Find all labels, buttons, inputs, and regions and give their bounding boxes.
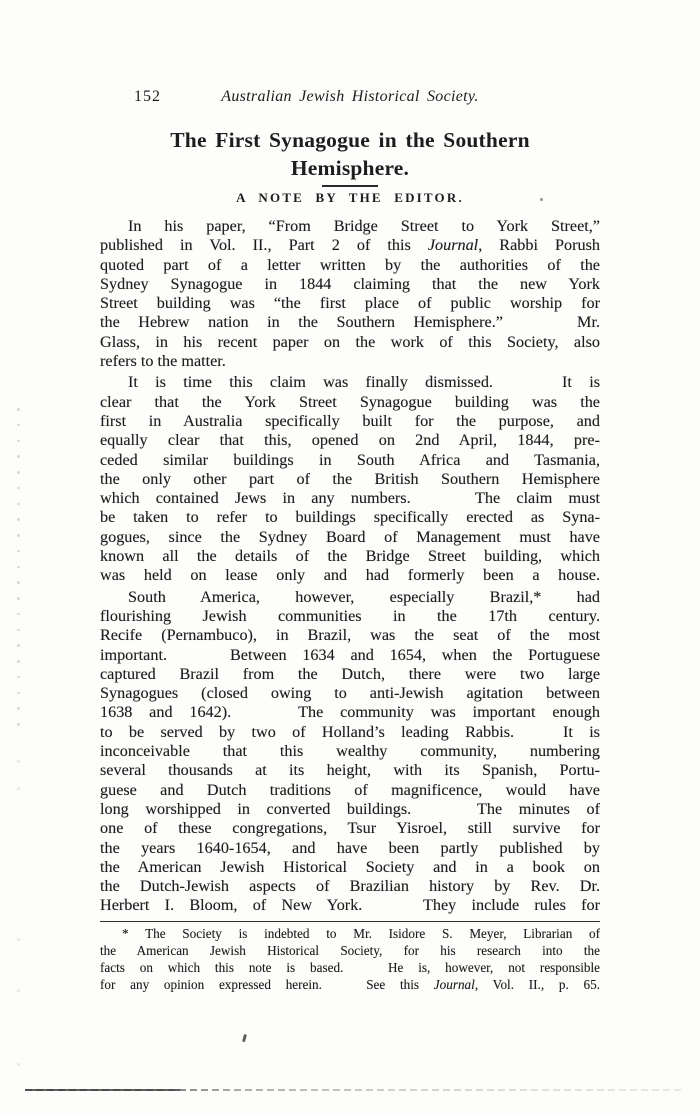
- speckle: [17, 518, 20, 521]
- text-line: which contained Jews in any numbers. The…: [100, 489, 600, 508]
- speckle: [17, 424, 20, 427]
- paragraph: It is time this claim was finally dismis…: [100, 373, 600, 585]
- text-line: It is time this claim was finally dismis…: [100, 373, 600, 392]
- text-line: first in Australia specifically built fo…: [100, 412, 600, 431]
- speckle: [17, 629, 20, 632]
- speckle: [17, 455, 20, 458]
- speckle: [17, 581, 20, 584]
- footnote-divider: [100, 921, 600, 923]
- text-line: 1638 and 1642). The community was import…: [100, 703, 600, 722]
- speckle: [17, 707, 20, 710]
- speckle: [17, 938, 20, 941]
- speckle: [17, 534, 20, 537]
- text-line: important. Between 1634 and 1654, when t…: [100, 646, 600, 665]
- page-number: 152: [134, 88, 161, 106]
- text-line: * The Society is indebted to Mr. Isidore…: [100, 926, 600, 943]
- text-line: South America, however, especially Brazi…: [100, 588, 600, 607]
- speckle: [17, 597, 20, 600]
- text-line: In his paper, “From Bridge Street to Yor…: [100, 217, 600, 236]
- article-title: The First Synagogue in the SouthernHemis…: [100, 126, 600, 182]
- title-line: The First Synagogue in the Southern: [170, 128, 529, 152]
- speckle: [17, 644, 20, 647]
- text-line: known all the details of the Bridge Stre…: [100, 547, 600, 566]
- text-line: one of these congregations, Tsur Yisroel…: [100, 819, 600, 838]
- text-line: Recife (Pernambuco), in Brazil, was the …: [100, 626, 600, 645]
- speckle: [17, 613, 20, 616]
- footnote: * The Society is indebted to Mr. Isidore…: [100, 926, 600, 994]
- text-line: guese and Dutch traditions of magnificen…: [100, 781, 600, 800]
- article-body: In his paper, “From Bridge Street to Yor…: [100, 217, 600, 916]
- text-column: 152 Australian Jewish Historical Society…: [100, 88, 600, 994]
- speckle: [17, 471, 20, 474]
- scan-mark: [242, 1034, 246, 1042]
- text-line: facts on which this note is based. He is…: [100, 960, 600, 977]
- text-line: flourishing Jewish communities in the 17…: [100, 607, 600, 626]
- text-line: long worshipped in converted buildings. …: [100, 800, 600, 819]
- speckle: [17, 660, 20, 663]
- paragraph: In his paper, “From Bridge Street to Yor…: [100, 217, 600, 371]
- text-line: inconceivable that this wealthy communit…: [100, 742, 600, 761]
- speckle: [17, 1063, 20, 1066]
- text-line: the Dutch-Jewish aspects of Brazilian hi…: [100, 877, 600, 896]
- scan-dot: [540, 198, 543, 201]
- paragraph: South America, however, especially Brazi…: [100, 588, 600, 916]
- text-line: the Hebrew nation in the Southern Hemisp…: [100, 313, 600, 332]
- speckle: [17, 550, 20, 553]
- text-line: Glass, in his recent paper on the work o…: [100, 333, 600, 352]
- title-divider: [322, 185, 378, 187]
- text-line: refers to the matter.: [100, 352, 600, 371]
- page-header: 152 Australian Jewish Historical Society…: [100, 88, 600, 106]
- byline: A NOTE BY THE EDITOR.: [100, 190, 600, 205]
- speckle: [17, 440, 20, 443]
- speckle: [17, 760, 20, 763]
- text-line: quoted part of a letter written by the a…: [100, 256, 600, 275]
- text-line: equally clear that this, opened on 2nd A…: [100, 431, 600, 450]
- text-line: was held on lease only and had formerly …: [100, 566, 600, 585]
- text-line: to be served by two of Holland’s leading…: [100, 723, 600, 742]
- text-line: for any opinion expressed herein. See th…: [100, 977, 600, 994]
- speckle: [17, 692, 20, 695]
- text-line: Synagogues (closed owing to anti-Jewish …: [100, 684, 600, 703]
- speckle: [17, 989, 20, 992]
- text-line: captured Brazil from the Dutch, there we…: [100, 665, 600, 684]
- speckle: [17, 408, 20, 411]
- text-line: be taken to refer to buildings specifica…: [100, 508, 600, 527]
- scan-line-artifact: [25, 1089, 685, 1091]
- text-line: Herbert I. Bloom, of New York. They incl…: [100, 896, 600, 915]
- text-line: published in Vol. II., Part 2 of this Jo…: [100, 236, 600, 255]
- running-head: Australian Jewish Historical Society.: [100, 88, 600, 106]
- text-line: ceded similar buildings in South Africa …: [100, 451, 600, 470]
- text-line: clear that the York Street Synagogue bui…: [100, 393, 600, 412]
- text-line: the American Jewish Historical Society, …: [100, 943, 600, 960]
- speckle: [17, 723, 20, 726]
- text-line: the years 1640-1654, and have been partl…: [100, 839, 600, 858]
- text-line: gogues, since the Sydney Board of Manage…: [100, 528, 600, 547]
- text-line: several thousands at its height, with it…: [100, 761, 600, 780]
- speckle: [17, 487, 20, 490]
- text-line: Sydney Synagogue in 1844 claiming that t…: [100, 275, 600, 294]
- speckle: [17, 787, 20, 790]
- footnote-text: * The Society is indebted to Mr. Isidore…: [100, 926, 600, 994]
- text-line: the only other part of the British South…: [100, 470, 600, 489]
- text-line: Street building was “the first place of …: [100, 294, 600, 313]
- text-line: the American Jewish Historical Society a…: [100, 858, 600, 877]
- speckle: [17, 503, 20, 506]
- document-page: 152 Australian Jewish Historical Society…: [0, 0, 700, 1115]
- title-line: Hemisphere.: [291, 156, 409, 180]
- speckle: [17, 676, 20, 679]
- speckle: [17, 566, 20, 569]
